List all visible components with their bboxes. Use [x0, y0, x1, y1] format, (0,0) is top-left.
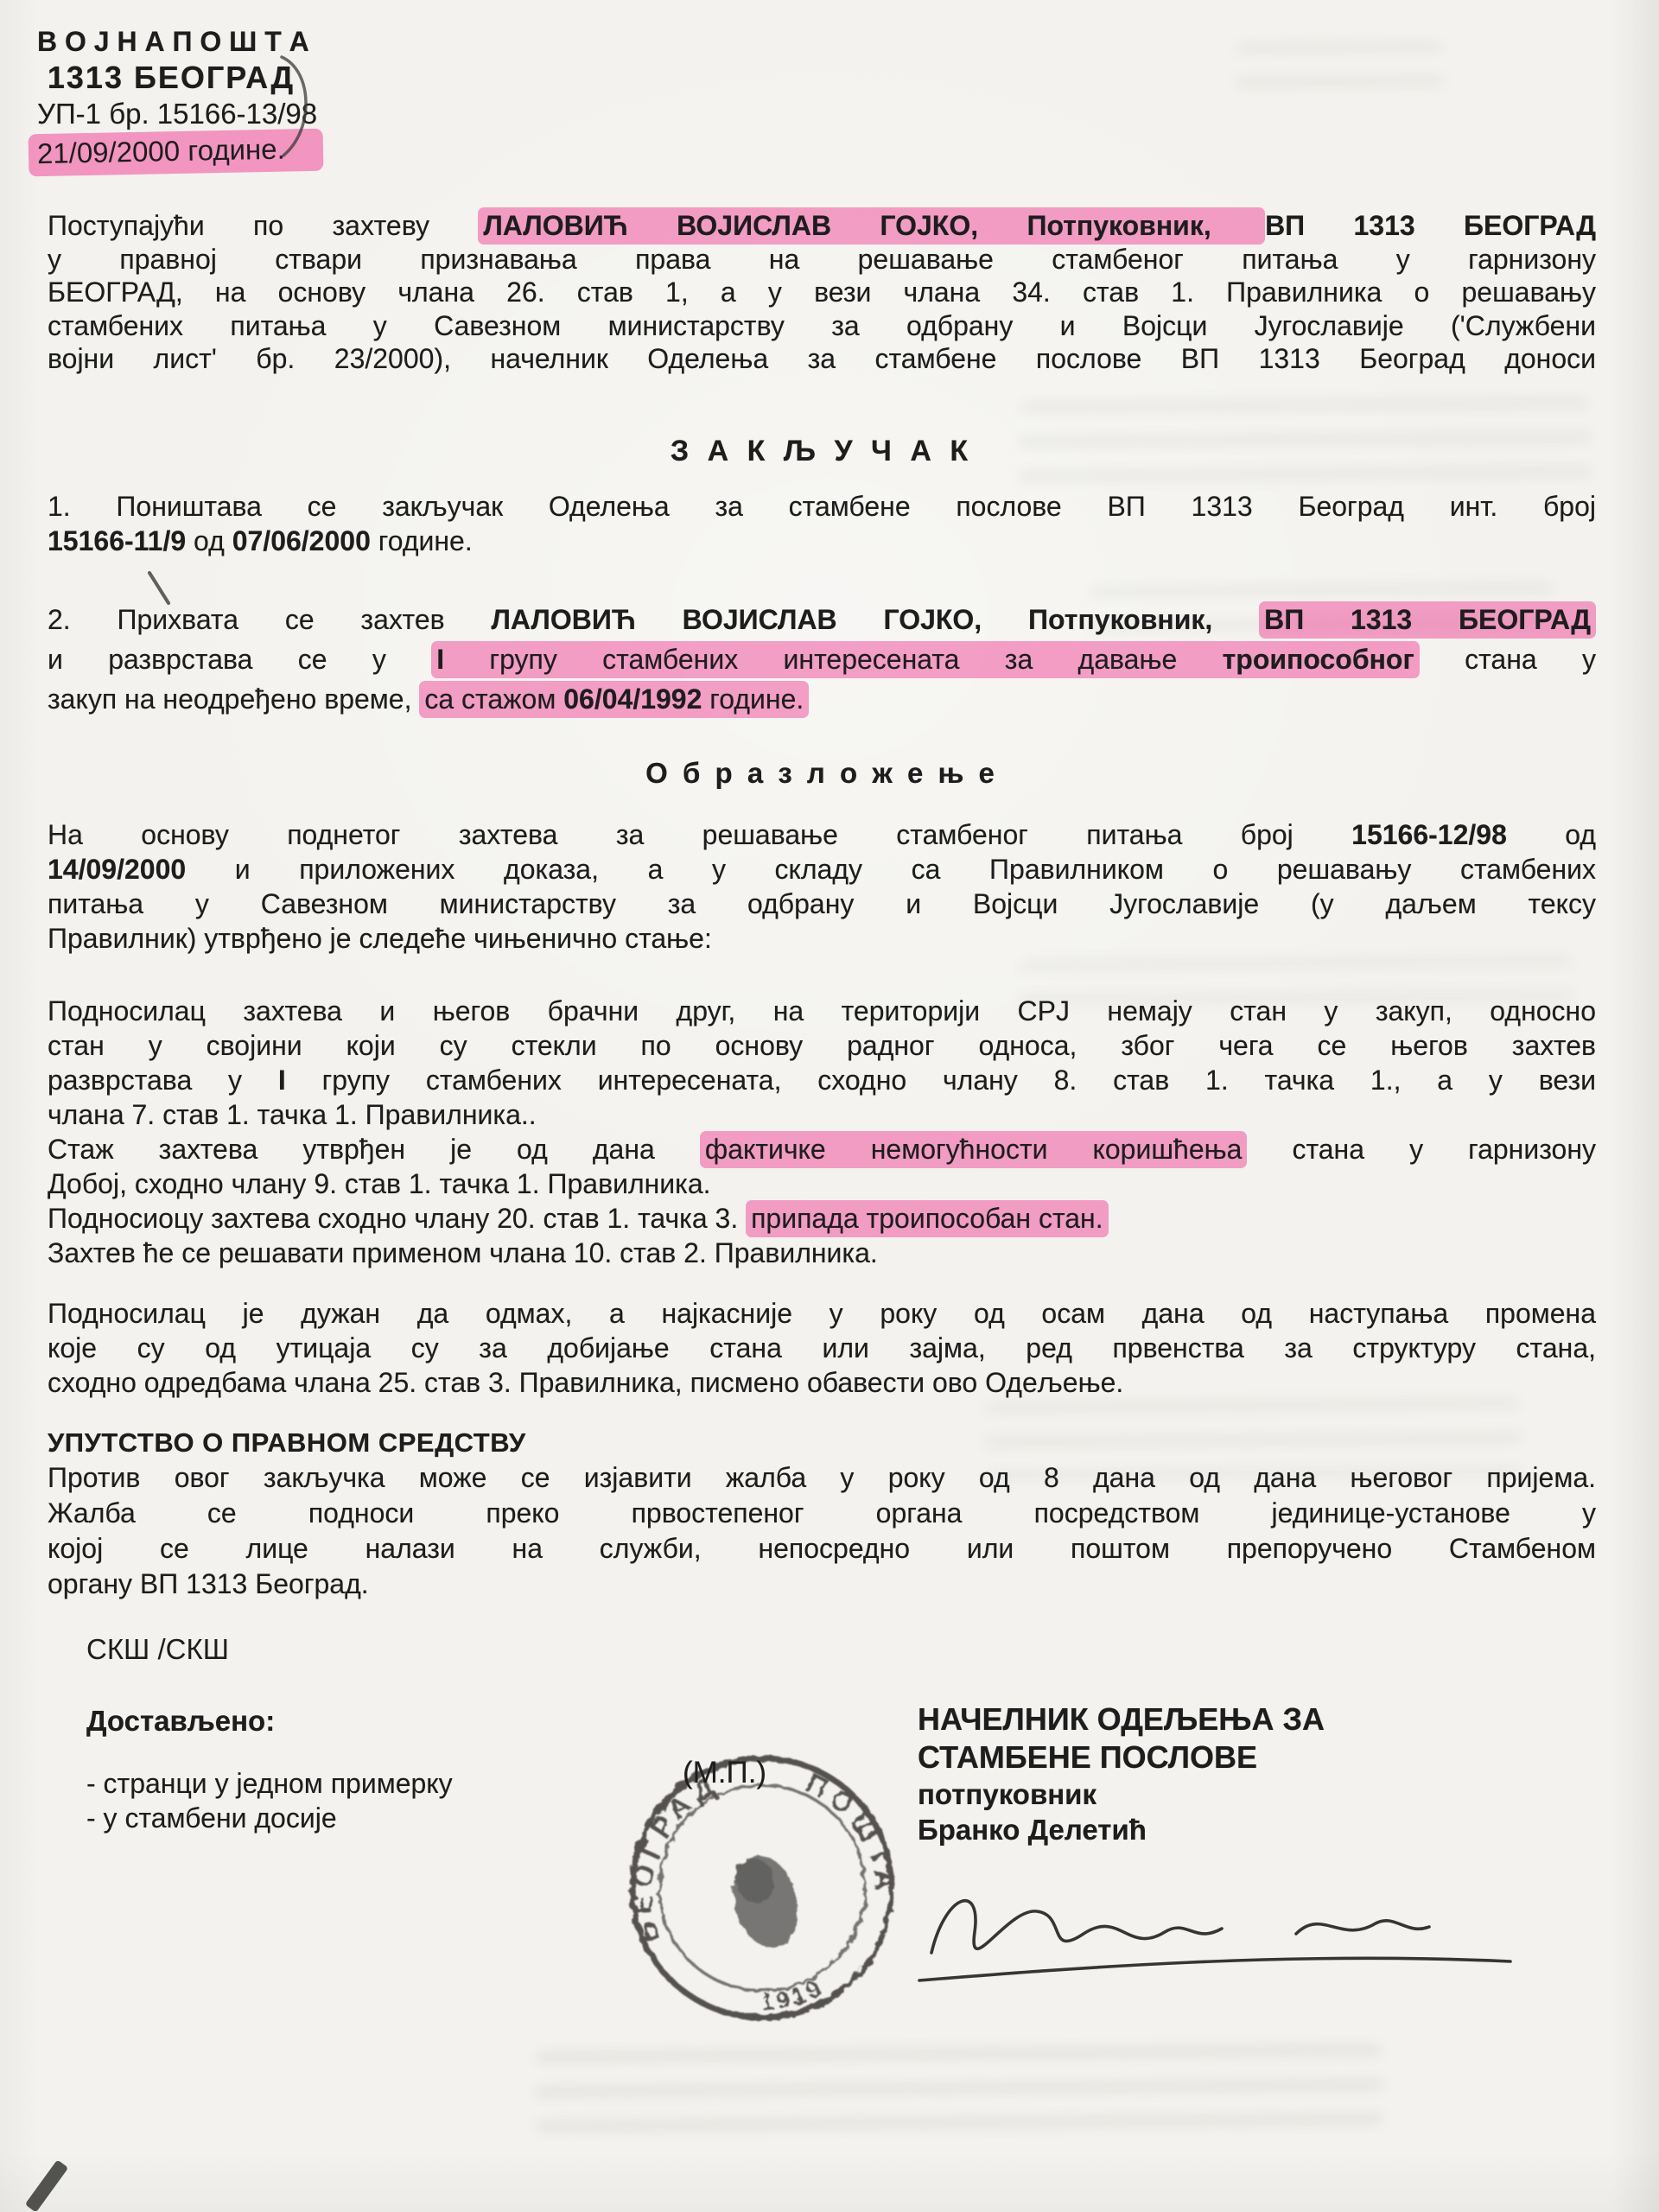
document-date-line: 21/09/2000 године. — [37, 131, 305, 174]
ink-speck — [25, 2159, 69, 2212]
seniority-highlight: са стажом 06/04/1992 године. — [419, 681, 809, 718]
signatory-title-line-2: СТАМБЕНЕ ПОСЛОВЕ — [918, 1738, 1325, 1777]
text-segment: 2. Прихвата се захтев — [48, 604, 491, 635]
text-segment: са стажом — [424, 683, 563, 715]
intro-line-4: стамбених питања у Савезном министарству… — [48, 309, 1596, 343]
delivery-item-1: - странци у једном примерку — [86, 1766, 453, 1801]
intro-lead: Поступајући по захтеву — [48, 210, 478, 241]
legal-remedy-line-1: Против овог закључка може се изјавити жа… — [48, 1460, 1596, 1496]
conclusion-item-2: 2. Прихвата се захтев ЛАЛОВИЋ ВОЈИСЛАВ Г… — [48, 600, 1596, 719]
intro-line-3: БЕОГРАД, на основу члана 26. став 1, а у… — [48, 276, 1596, 309]
rationale-p1-line-1: На основу поднетог захтева за решавање с… — [48, 817, 1596, 852]
intro-line-1: Поступајући по захтеву ЛАЛОВИЋ ВОЈИСЛАВ … — [48, 209, 1596, 243]
item1-line-2: 15166-11/9 од 07/06/2000 године. — [48, 524, 1596, 558]
bleed-through-smudge — [1236, 41, 1444, 111]
seniority-date: 06/04/1992 — [563, 683, 702, 715]
text-segment: разврстава у — [48, 1065, 278, 1096]
interest-group-number: I — [436, 644, 444, 675]
text-segment: године. — [371, 525, 473, 556]
intro-line-5: војни лист' бр. 23/2000), начелник Оделе… — [48, 342, 1596, 376]
classification-highlight: I групу стамбених интересената за давање… — [431, 641, 1420, 678]
text-segment: групу стамбених интересената за давање — [444, 644, 1223, 675]
legal-remedy-line-2: Жалба се подноси преко првостепеног орга… — [48, 1496, 1596, 1531]
signature — [906, 1851, 1528, 2002]
text-segment: и приложених доказа, а у складу са Прави… — [186, 854, 1596, 885]
rationale-p2-line-5: Стаж захтева утврђен је од дана фактичке… — [48, 1132, 1596, 1166]
rationale-p1-line-2: 14/09/2000 и приложених доказа, а у скла… — [48, 852, 1596, 887]
pen-hook-mark — [275, 50, 320, 164]
entitlement-highlight: припада троипособан стан. — [746, 1200, 1109, 1237]
rationale-p2-line-7: Подносиоцу захтева сходно члану 20. став… — [48, 1201, 1596, 1236]
rationale-p2-line-1: Подносилац захтева и његов брачни друг, … — [48, 994, 1596, 1028]
rationale-paragraph-1: На основу поднетог захтева за решавање с… — [48, 817, 1596, 956]
interest-group-number: I — [278, 1065, 286, 1096]
svg-text:БЕОГРАД: БЕОГРАД — [605, 1765, 755, 1947]
rationale-p2-line-3: разврстава у I групу стамбених интересен… — [48, 1063, 1596, 1097]
stamp-text-right: ПОШТА — [795, 1752, 906, 1912]
signatory-rank: потпуковник — [918, 1777, 1325, 1812]
legal-remedy-section: УПУТСТВО О ПРАВНОМ СРЕДСТВУ Против овог … — [48, 1426, 1596, 1602]
legal-remedy-heading: УПУТСТВО О ПРАВНОМ СРЕДСТВУ — [48, 1426, 1596, 1460]
obligation-line-1: Подносилац је дужан да одмах, а најкасни… — [48, 1296, 1596, 1331]
request-date: 14/09/2000 — [48, 854, 186, 885]
bleed-through-smudge — [536, 2044, 1383, 2134]
rationale-p2-line-2: стан у својини који су стекли по основу … — [48, 1028, 1596, 1063]
delivery-list: Достављено: - странци у једном примерку … — [86, 1704, 453, 1835]
text-segment: Стаж захтева утврђен је од дана — [48, 1134, 700, 1165]
letterhead: В О Ј Н А П О Ш Т А 1313 БЕОГРАД УП-1 бр… — [37, 24, 305, 174]
applicant-rank: Потпуковник, — [982, 604, 1259, 635]
apartment-type: троипособног — [1223, 644, 1414, 675]
rationale-p2-line-8: Захтев ће се решавати применом члана 10.… — [48, 1236, 1596, 1270]
text-segment: Подносиоцу захтева сходно члану 20. став… — [48, 1203, 746, 1234]
annulled-case-number: 15166-11/9 — [48, 525, 186, 556]
rationale-heading: О б р а з л о ж е њ е — [48, 757, 1596, 790]
item2-line-1: 2. Прихвата се захтев ЛАЛОВИЋ ВОЈИСЛАВ Г… — [48, 600, 1596, 639]
item2-line-3: закуп на неодређено време, са стажом 06/… — [48, 679, 1596, 719]
text-segment: и разврстава се у — [48, 644, 431, 675]
military-post-title: В О Ј Н А П О Ш Т А — [37, 24, 305, 59]
rationale-p1-line-4: Правилник) утврђено је следеће чињенично… — [48, 921, 1596, 956]
text-segment: године. — [702, 683, 804, 715]
applicant-unit: ВП 1313 БЕОГРАД — [1265, 210, 1596, 241]
applicant-rank: Потпуковник, — [978, 210, 1260, 241]
text-segment: закуп на неодређено време, — [48, 683, 419, 715]
intro-paragraph: Поступајући по захтеву ЛАЛОВИЋ ВОЈИСЛАВ … — [48, 209, 1596, 376]
obligation-line-2: које су од утицаја су за добијање стана … — [48, 1331, 1596, 1365]
request-case-number: 15166-12/98 — [1351, 819, 1507, 850]
signatory-title-line-1: НАЧЕЛНИК ОДЕЉЕЊА ЗА — [918, 1700, 1325, 1738]
item1-line-1: 1. Поништава се закључак Оделења за стам… — [48, 489, 1596, 524]
delivery-item-2: - у стамбени досије — [86, 1801, 453, 1835]
legal-remedy-line-4: органу ВП 1313 Београд. — [48, 1567, 1596, 1602]
intro-line-2: у правној ствари признавања права на реш… — [48, 243, 1596, 276]
document-page: В О Ј Н А П О Ш Т А 1313 БЕОГРАД УП-1 бр… — [0, 0, 1659, 2212]
military-post-number: 1313 БЕОГРАД — [37, 59, 305, 97]
text-segment: од — [186, 525, 232, 556]
legal-remedy-line-3: којој се лице налази на служби, непосред… — [48, 1531, 1596, 1567]
text-segment: стана у гарнизону — [1247, 1134, 1596, 1165]
applicant-name: ЛАЛОВИЋ ВОЈИСЛАВ ГОЈКО, — [491, 604, 982, 635]
case-reference: УП-1 бр. 15166-13/98 — [37, 97, 305, 131]
rationale-p1-line-3: питања у Савезном министарству за одбран… — [48, 887, 1596, 921]
applicant-name: ЛАЛОВИЋ ВОЈИСЛАВ ГОЈКО, — [483, 210, 978, 241]
rationale-p2-line-6: Добој, сходно члану 9. став 1. тачка 1. … — [48, 1166, 1596, 1201]
annulled-decision-date: 07/06/2000 — [232, 525, 371, 556]
clerk-initials: СКШ /СКШ — [86, 1633, 229, 1666]
signatory-block: НАЧЕЛНИК ОДЕЉЕЊА ЗА СТАМБЕНЕ ПОСЛОВЕ пот… — [918, 1700, 1325, 1847]
conclusion-item-1: 1. Поништава се закључак Оделења за стам… — [48, 489, 1596, 558]
text-segment: групу стамбених интересената, сходно чла… — [286, 1065, 1596, 1096]
rationale-paragraph-2: Подносилац захтева и његов брачни друг, … — [48, 994, 1596, 1270]
obligation-line-3: сходно одредбама члана 25. став 3. Прави… — [48, 1365, 1596, 1400]
rationale-p2-line-4: члана 7. став 1. тачка 1. Правилника.. — [48, 1097, 1596, 1132]
obligation-paragraph: Подносилац је дужан да одмах, а најкасни… — [48, 1296, 1596, 1400]
text-segment: На основу поднетог захтева за решавање с… — [48, 819, 1351, 850]
pen-tick-mark — [145, 569, 175, 608]
stamp-text-left: БЕОГРАД — [605, 1765, 755, 1947]
text-segment: од — [1507, 819, 1596, 850]
signatory-name: Бранко Делетић — [918, 1812, 1325, 1847]
impossibility-highlight: фактичке немогућности коришћења — [700, 1131, 1248, 1168]
svg-text:ПОШТА: ПОШТА — [795, 1752, 906, 1912]
item2-line-2: и разврстава се у I групу стамбених инте… — [48, 639, 1596, 679]
applicant-name-highlight: ЛАЛОВИЋ ВОЈИСЛАВ ГОЈКО, Потпуковник, — [478, 207, 1265, 245]
conclusion-heading: З А К Љ У Ч А К — [48, 435, 1596, 468]
text-segment: стана у — [1420, 644, 1596, 675]
seal-placeholder: (М.П.) — [683, 1756, 766, 1790]
delivery-heading: Достављено: — [86, 1704, 453, 1738]
applicant-unit-highlight: ВП 1313 БЕОГРАД — [1259, 601, 1596, 639]
